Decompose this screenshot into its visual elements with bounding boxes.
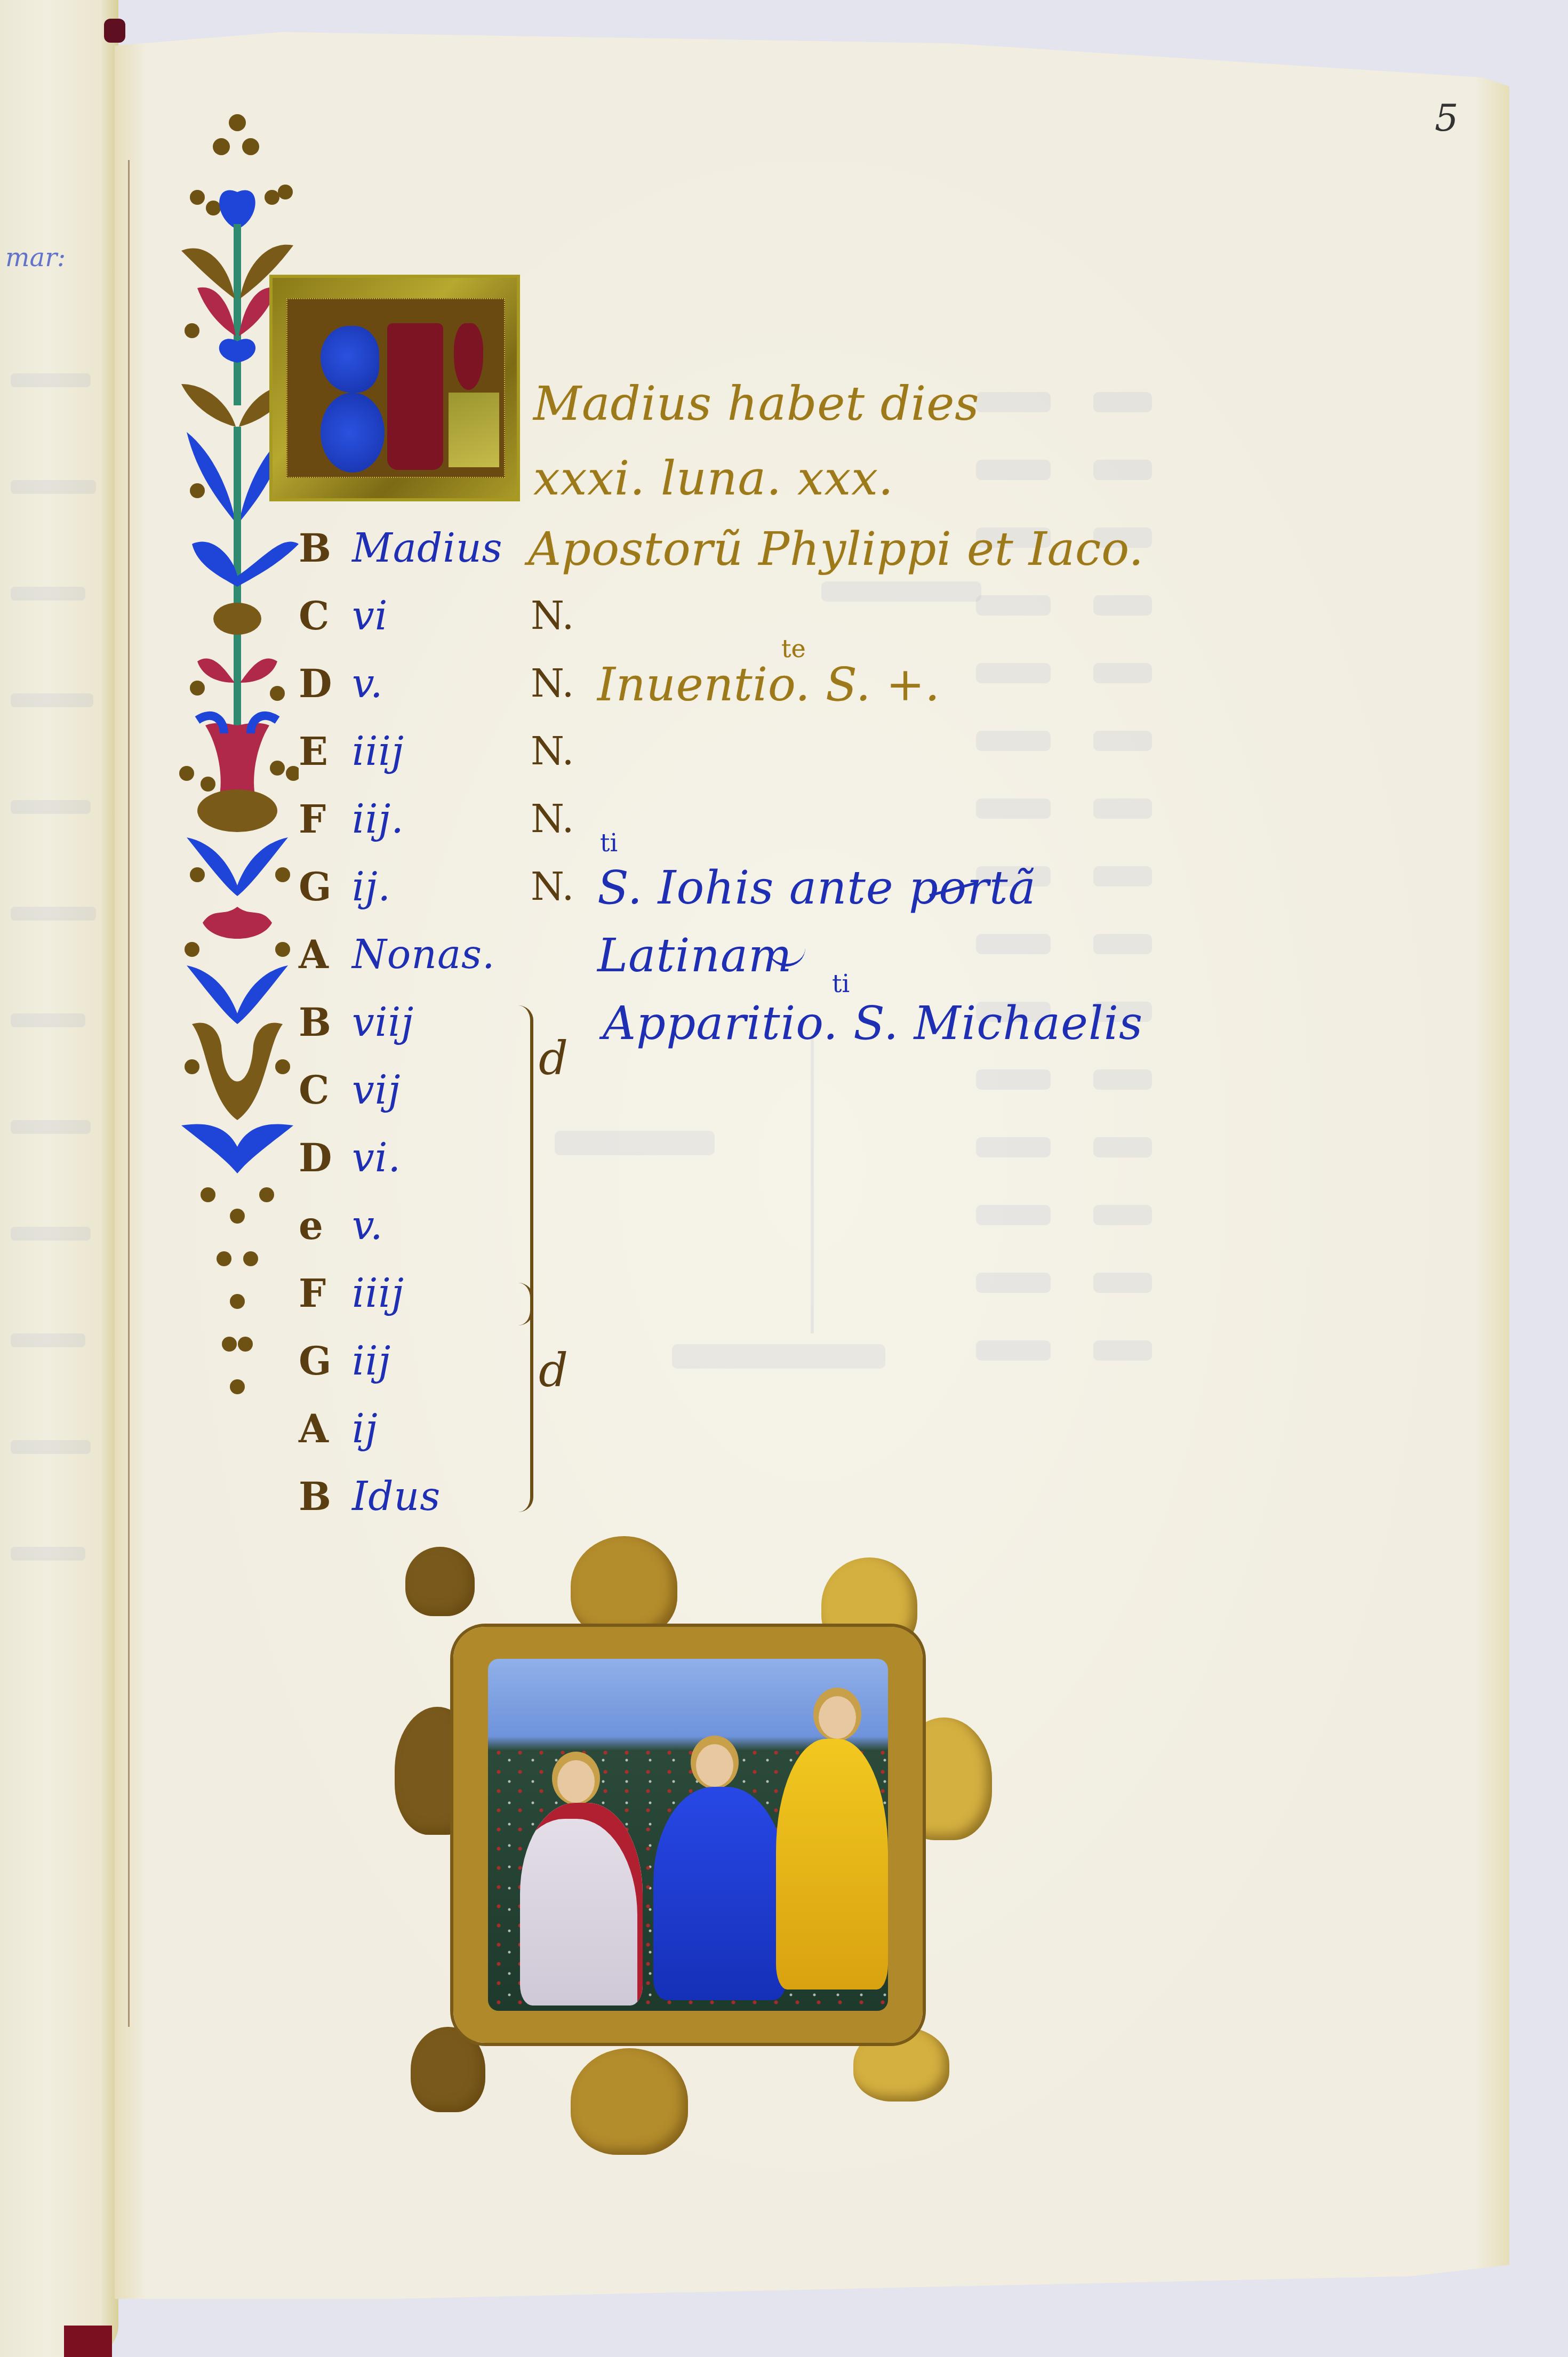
feast-entry: Apostorũ Phylippi et Iaco. xyxy=(528,523,1144,576)
nefastus-mark: N. xyxy=(531,661,574,706)
abbreviation-mark: te xyxy=(781,634,806,663)
roman-day: Madius xyxy=(352,525,503,571)
dominical-letter: E xyxy=(299,729,328,774)
page-gutter xyxy=(128,160,130,2027)
show-through-line xyxy=(11,1227,91,1241)
bracket-mark: d xyxy=(539,1032,568,1085)
dominical-letter: B xyxy=(299,525,331,571)
show-through-line xyxy=(11,1440,91,1454)
calendar-row: A ij xyxy=(299,1406,1099,1470)
roman-day: Idus xyxy=(352,1474,441,1520)
calendar-row: D vi. xyxy=(299,1135,1099,1199)
calendar-row: E iiij N. xyxy=(299,729,1099,793)
initial-l-stem xyxy=(387,323,443,470)
abbreviation-mark: ti xyxy=(832,969,850,998)
calendar-row: D v. N. Inuentio. S. +. te xyxy=(299,661,1099,725)
folio-number: 5 xyxy=(1435,96,1459,140)
bracket-rule xyxy=(518,1283,533,1512)
feast-entry: Latinam xyxy=(597,929,793,982)
roman-day: viij xyxy=(352,1000,414,1045)
frame-ornament-top xyxy=(571,1536,677,1637)
nefastus-mark: N. xyxy=(531,729,574,773)
dominical-letter: e xyxy=(299,1203,323,1248)
show-through-line xyxy=(11,1547,85,1561)
calendar-row: B viij Apparitio. S. Michaelis xyxy=(299,1000,1099,1064)
calendar-row: B Madius Apostorũ Phylippi et Iaco. xyxy=(299,525,1099,589)
initial-k-bowl-upper xyxy=(321,326,379,393)
miniature-painting xyxy=(395,1536,997,2166)
left-leaf-text: mar: xyxy=(5,243,66,273)
show-through-line xyxy=(11,1013,85,1027)
month-heading: Madius habet dies xyxy=(533,376,979,431)
dominical-letter: D xyxy=(299,1135,332,1180)
roman-day: Nonas. xyxy=(352,932,495,978)
roman-day: iiij xyxy=(352,729,404,774)
calendar-row: C vi N. xyxy=(299,593,1099,657)
calendar-row: A Nonas. Latinam ti xyxy=(299,932,1099,996)
dominical-letter: D xyxy=(299,661,332,706)
initial-gold-panel xyxy=(449,393,499,467)
show-through-line xyxy=(11,1120,91,1134)
nefastus-mark: N. xyxy=(531,864,574,909)
calendar-row: B Idus xyxy=(299,1474,1099,1538)
feast-entry: S. Iohis ante portã xyxy=(597,861,1036,915)
dominical-letter: B xyxy=(299,1000,331,1045)
roman-day: vij xyxy=(352,1067,401,1113)
roman-day: iij xyxy=(352,1338,391,1384)
show-through-line xyxy=(11,1333,85,1347)
figure-head xyxy=(819,1696,856,1739)
feast-entry: Apparitio. S. Michaelis xyxy=(603,997,1143,1050)
roman-day: ij xyxy=(352,1406,378,1452)
abbreviation-mark: ti xyxy=(600,828,618,857)
previous-leaf xyxy=(0,0,118,2357)
roman-day: ij. xyxy=(352,864,391,910)
dominical-letter: G xyxy=(299,864,332,909)
roman-day: vi. xyxy=(352,1135,401,1181)
calendar-row: G iij xyxy=(299,1338,1099,1402)
dominical-letter: A xyxy=(299,1406,329,1451)
illuminated-initial xyxy=(269,275,520,501)
roman-day: iij. xyxy=(352,796,404,842)
initial-l-top xyxy=(454,323,483,390)
month-heading-lunar: xxxi. luna. xxx. xyxy=(533,451,894,506)
figure-head xyxy=(696,1744,733,1787)
bracket-rule xyxy=(518,1005,533,1325)
nefastus-mark: N. xyxy=(531,796,574,841)
show-through-line xyxy=(11,693,93,707)
nefastus-mark: N. xyxy=(531,593,574,638)
show-through-line xyxy=(11,480,96,494)
show-through-line xyxy=(11,907,96,921)
feast-entry: Inuentio. S. +. xyxy=(597,658,940,712)
figure-head xyxy=(557,1760,595,1803)
figure-dress xyxy=(653,1787,787,2000)
show-through-line xyxy=(11,373,91,387)
dominical-letter: G xyxy=(299,1338,332,1384)
dominical-letter: C xyxy=(299,593,329,638)
calendar-row: F iiij xyxy=(299,1271,1099,1335)
roman-day: vi xyxy=(352,593,388,639)
frame-ornament-bottom xyxy=(571,2048,688,2155)
calendar-row: G ij. N. S. Iohis ante portã xyxy=(299,864,1099,928)
figure-dress xyxy=(776,1739,888,1990)
dominical-letter: B xyxy=(299,1474,331,1519)
bracket-mark: d xyxy=(539,1344,568,1397)
dominical-letter: C xyxy=(299,1067,329,1113)
calendar-row: C vij xyxy=(299,1067,1099,1131)
show-through-line xyxy=(11,587,85,601)
figure-dress xyxy=(520,1803,643,2006)
calendar-row: F iij. N. ti xyxy=(299,796,1099,860)
binding-edge xyxy=(104,19,125,43)
calendar-row: e v. xyxy=(299,1203,1099,1267)
dominical-letter: F xyxy=(299,796,326,842)
roman-day: v. xyxy=(352,661,383,707)
frame-ornament-corner xyxy=(405,1547,475,1616)
show-through-line xyxy=(11,800,91,814)
roman-day: iiij xyxy=(352,1271,404,1316)
binding-edge xyxy=(64,2326,112,2357)
meadow-scene xyxy=(488,1659,888,2011)
dominical-letter: A xyxy=(299,932,329,977)
roman-day: v. xyxy=(352,1203,383,1249)
dominical-letter: F xyxy=(299,1271,326,1316)
initial-k-bowl-lower xyxy=(321,393,385,473)
